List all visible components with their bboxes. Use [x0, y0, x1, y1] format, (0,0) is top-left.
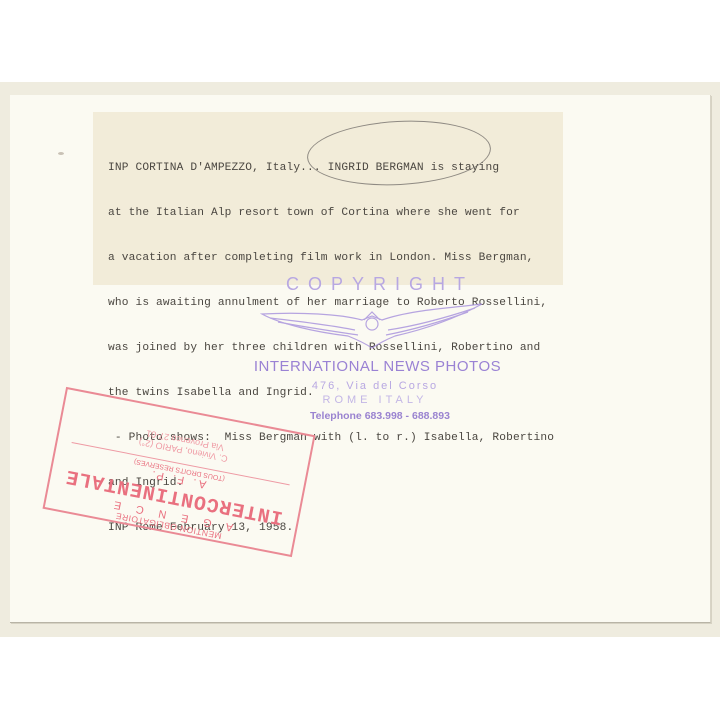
paper-speck: [58, 152, 64, 155]
caption-line: a vacation after completing film work in…: [108, 251, 568, 266]
agency-name: INTERNATIONAL NEWS PHOTOS: [240, 358, 515, 375]
caption-line: at the Italian Alp resort town of Cortin…: [108, 206, 568, 221]
agency-address-city: ROME ITALY: [280, 394, 470, 406]
agency-address-street: 476, Via del Corso: [280, 380, 470, 392]
copyright-stamp-text: COPYRIGHT: [270, 274, 490, 290]
eagle-emblem-icon: [260, 302, 485, 352]
agency-telephone: Telephone 683.998 - 688.893: [280, 410, 480, 422]
